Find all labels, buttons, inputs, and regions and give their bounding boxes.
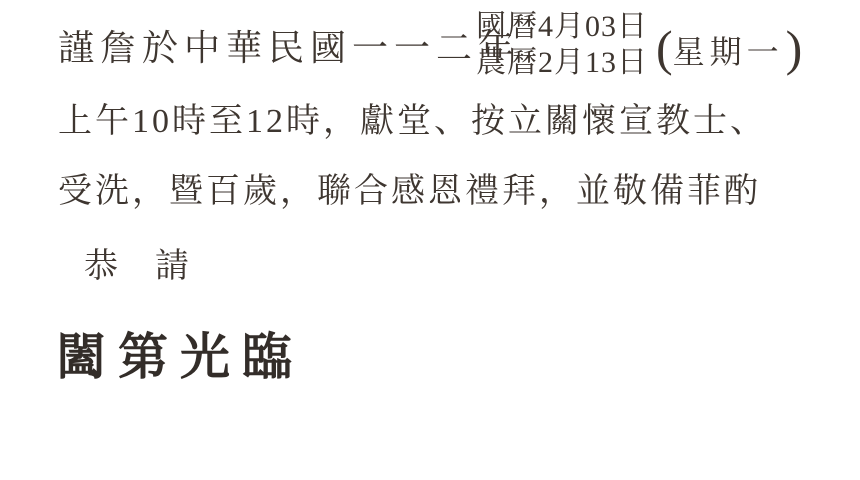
- weekday-text: 星期一: [673, 27, 784, 73]
- salutation-line: 恭請: [84, 247, 189, 287]
- closing-phrase: 闔第光臨: [56, 327, 304, 387]
- invitation-page: 謹詹於中華民國一一二年 國曆4月03日 農曆2月13日 ( 星期一 ) 上午10…: [0, 0, 860, 480]
- lunar-date: 農曆2月13日: [476, 45, 648, 81]
- line1-main-text: 謹詹於中華民國一一二年: [58, 26, 520, 70]
- solar-date: 國曆4月03日: [476, 9, 648, 45]
- event-time-and-program-line: 上午10時至12時，獻堂、按立關懷宣教士、: [58, 101, 767, 143]
- salutation-word-2: 請: [155, 248, 189, 285]
- salutation-word-1: 恭: [84, 248, 118, 285]
- weekday-open-paren: (: [656, 23, 673, 73]
- event-program-continued-line: 受洗，暨百歲，聯合感恩禮拜，並敬備菲酌: [58, 171, 761, 213]
- date-stack: 國曆4月03日 農曆2月13日: [476, 9, 648, 81]
- weekday-close-paren: ): [786, 23, 803, 73]
- weekday-group: ( 星期一 ): [656, 17, 802, 83]
